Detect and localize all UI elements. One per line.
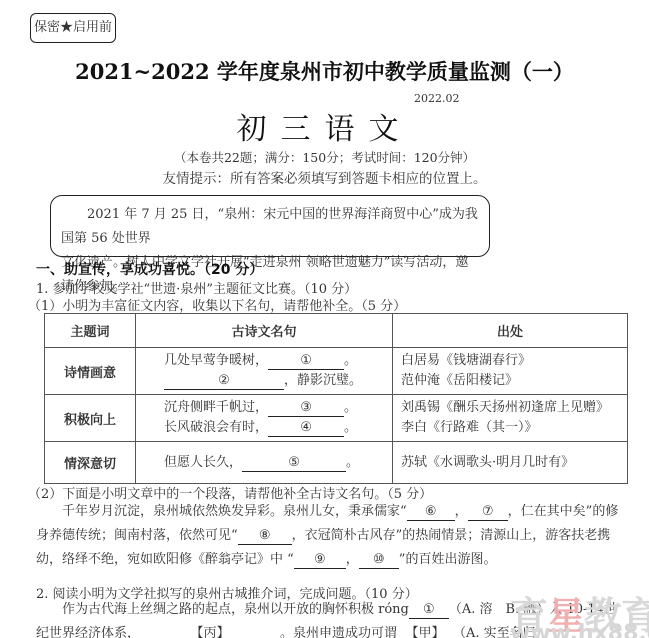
source-text: 李白《行路难（其一）》 <box>401 418 619 438</box>
section-heading: 一、助宣传，享成功喜悦。（20 分） <box>36 259 263 279</box>
blank-6[interactable]: ⑥ <box>407 503 455 521</box>
exam-tip: 友情提示：所有答案必须填写到答题卡相应的位置上。 <box>0 167 649 187</box>
paragraph: 千年岁月沉淀，泉州城依然焕发异彩。泉州儿女，秉承儒家“⑥，⑦，仁在其中矣”的修身… <box>36 500 626 572</box>
blank-4[interactable]: ④ <box>268 419 344 437</box>
blank-q2-1[interactable]: ① <box>409 601 449 619</box>
blank-jia[interactable]: 【甲】 <box>397 625 453 638</box>
table-row: 积极向上 沉舟侧畔千帆过，③。 长风破浪会有时，④。 刘禹锡《酬乐天扬州初逢席上… <box>45 395 628 442</box>
source-text: 苏轼《水调歌头·明月几时有》 <box>401 453 619 473</box>
subject-title: 初三语文 <box>0 104 649 148</box>
para-text: 千年岁月沉淀，泉州城依然焕发异彩。泉州儿女，秉承儒家“ <box>62 504 407 519</box>
quote-text: 。 <box>346 455 359 470</box>
theme-cell: 情深意切 <box>45 442 136 484</box>
blank-8[interactable]: ⑧ <box>238 527 292 545</box>
confidential-label: 保密★启用前 <box>30 13 116 43</box>
table-row: 情深意切 但愿人长久，⑤。 苏轼《水调歌头·明月几时有》 <box>45 442 628 484</box>
blank-5[interactable]: ⑤ <box>242 454 346 472</box>
blank-bing[interactable]: 【丙】 <box>140 625 280 638</box>
intro-line-1: 2021 年 7 月 25 日，“泉州：宋元中国的世界海洋商贸中心”成为我国第 … <box>61 203 479 251</box>
quote-text: 沉舟侧畔千帆过， <box>164 400 268 415</box>
exam-title: 2021~2022 学年度泉州市初中教学质量监测（一） <box>0 56 649 86</box>
quote-text: 几处早莺争暖树， <box>164 353 268 368</box>
theme-cell: 积极向上 <box>45 395 136 442</box>
blank-9[interactable]: ⑨ <box>294 551 346 569</box>
blank-7[interactable]: ⑦ <box>468 503 508 521</box>
quote-cell: 几处早莺争暖树，①。 ②，静影沉璧。 <box>136 348 393 395</box>
source-text: 刘禹锡《酬乐天扬州初逢席上见赠》 <box>401 398 619 418</box>
exam-info: （本卷共22题；满分：150分；考试时间：120分钟） <box>0 148 649 166</box>
header-quote: 古诗文名句 <box>136 314 393 348</box>
poem-table: 主题词 古诗文名句 出处 诗情画意 几处早莺争暖树，①。 ②，静影沉璧。 白居易… <box>44 313 628 484</box>
quote-text: 长风破浪会有时， <box>164 420 268 435</box>
source-text: 范仲淹《岳阳楼记》 <box>401 371 619 391</box>
para-text: ， <box>455 504 468 519</box>
table-row: 诗情画意 几处早莺争暖树，①。 ②，静影沉璧。 白居易《钱塘湖春行》 范仲淹《岳… <box>45 348 628 395</box>
quote-text: 。 <box>344 353 357 368</box>
para-text: 作为古代海上丝绸之路的起点，泉州以开放的胸怀积极 róng <box>62 602 409 617</box>
quote-cell: 但愿人长久，⑤。 <box>136 442 393 484</box>
blank-2[interactable]: ② <box>164 372 284 390</box>
watermark-url: www.hx88.com <box>510 621 649 638</box>
header-source: 出处 <box>393 314 628 348</box>
para-text: ， <box>346 552 359 567</box>
para-text: 。泉州申遗成功可谓 <box>280 626 397 638</box>
quote-text: 但愿人长久， <box>164 455 242 470</box>
blank-3[interactable]: ③ <box>268 399 344 417</box>
blank-1[interactable]: ① <box>268 352 344 370</box>
source-cell: 白居易《钱塘湖春行》 范仲淹《岳阳楼记》 <box>393 348 628 395</box>
source-cell: 苏轼《水调歌头·明月几时有》 <box>393 442 628 484</box>
header-theme: 主题词 <box>45 314 136 348</box>
para-text: ”的百姓出游图。 <box>399 552 497 567</box>
question-1-1: （1）小明为丰富征文内容，收集以下名句，请帮他补全。（5 分） <box>28 295 406 314</box>
source-text: 白居易《钱塘湖春行》 <box>401 351 619 371</box>
source-cell: 刘禹锡《酬乐天扬州初逢席上见赠》 李白《行路难（其一）》 <box>393 395 628 442</box>
quote-text: 。 <box>344 400 357 415</box>
quote-cell: 沉舟侧畔千帆过，③。 长风破浪会有时，④。 <box>136 395 393 442</box>
blank-10[interactable]: ⑩ <box>359 551 399 569</box>
quote-text: ，静影沉璧。 <box>284 373 362 388</box>
quote-text: 。 <box>344 420 357 435</box>
theme-cell: 诗情画意 <box>45 348 136 395</box>
intro-box: 2021 年 7 月 25 日，“泉州：宋元中国的世界海洋商贸中心”成为我国第 … <box>50 195 490 257</box>
